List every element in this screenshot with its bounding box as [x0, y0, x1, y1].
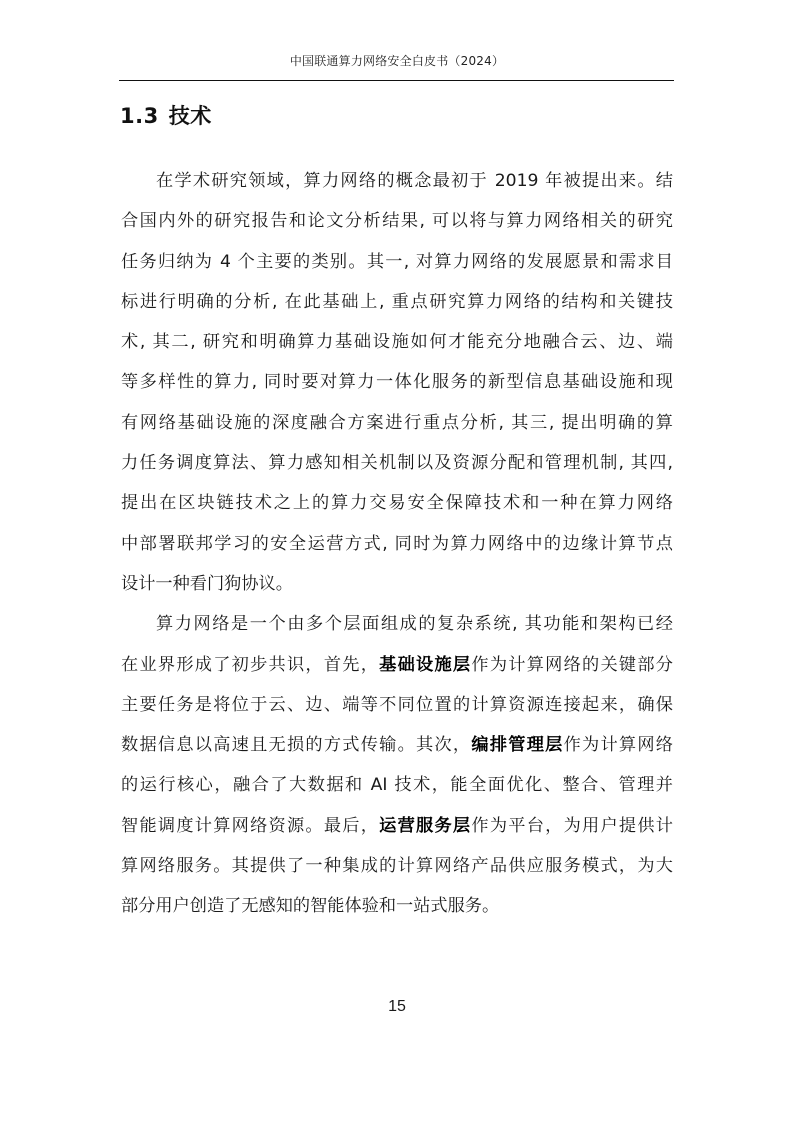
text-run: 数据信息以高速且无损的方式传输。其次， — [121, 735, 471, 755]
paragraph-2: 算力网络是一个由多个层面组成的复杂系统, 其功能和架构已经 在业界形成了初步共识… — [121, 604, 673, 926]
page-number: 15 — [121, 998, 673, 1016]
section-number: 1.3 — [120, 104, 159, 128]
text-line: 的运行核心，融合了大数据和 AI 技术，能全面优化、整合、管理并 — [121, 765, 673, 805]
text-line: 力任务调度算法、算力感知相关机制以及资源分配和管理机制, 其四, — [121, 443, 673, 483]
text-line: 等多样性的算力, 同时要对算力一体化服务的新型信息基础设施和现 — [121, 362, 673, 402]
text-line: 部分用户创造了无感知的智能体验和一站式服务。 — [121, 886, 673, 926]
text-line: 主要任务是将位于云、边、端等不同位置的计算资源连接起来，确保 — [121, 685, 673, 725]
text-line: 提出在区块链技术之上的算力交易安全保障技术和一种在算力网络 — [121, 483, 673, 523]
header-divider — [119, 80, 674, 81]
text-line: 有网络基础设施的深度融合方案进行重点分析, 其三, 提出明确的算 — [121, 403, 673, 443]
text-line: 中部署联邦学习的安全运营方式, 同时为算力网络中的边缘计算节点 — [121, 524, 673, 564]
text-line: 标进行明确的分析, 在此基础上, 重点研究算力网络的结构和关键技 — [121, 282, 673, 322]
text-line: 数据信息以高速且无损的方式传输。其次，编排管理层作为计算网络 — [121, 725, 673, 765]
text-line: 算网络服务。其提供了一种集成的计算网络产品供应服务模式，为大 — [121, 846, 673, 886]
key-term-infrastructure-layer: 基础设施层 — [379, 655, 471, 675]
text-line: 算力网络是一个由多个层面组成的复杂系统, 其功能和架构已经 — [121, 604, 673, 644]
text-run: 智能调度计算网络资源。最后， — [121, 816, 379, 836]
text-run: 在业界形成了初步共识，首先， — [121, 655, 379, 675]
text-line: 术, 其二, 研究和明确算力基础设施如何才能充分地融合云、边、端 — [121, 322, 673, 362]
text-line: 设计一种看门狗协议。 — [121, 564, 673, 604]
section-heading: 1.3技术 — [120, 100, 212, 130]
text-line: 任务归纳为 4 个主要的类别。其一, 对算力网络的发展愿景和需求目 — [121, 242, 673, 282]
text-line: 合国内外的研究报告和论文分析结果, 可以将与算力网络相关的研究 — [121, 201, 673, 241]
key-term-operation-service-layer: 运营服务层 — [379, 816, 471, 836]
body-text: 在学术研究领域，算力网络的概念最初于 2019 年被提出来。结 合国内外的研究报… — [121, 161, 673, 927]
text-line: 在学术研究领域，算力网络的概念最初于 2019 年被提出来。结 — [121, 161, 673, 201]
text-run: 作为计算网络的关键部分 — [471, 655, 673, 675]
text-run: 作为平台，为用户提供计 — [471, 816, 673, 836]
text-line: 在业界形成了初步共识，首先，基础设施层作为计算网络的关键部分 — [121, 645, 673, 685]
text-line: 智能调度计算网络资源。最后，运营服务层作为平台，为用户提供计 — [121, 806, 673, 846]
key-term-orchestration-layer: 编排管理层 — [471, 735, 563, 755]
paragraph-1: 在学术研究领域，算力网络的概念最初于 2019 年被提出来。结 合国内外的研究报… — [121, 161, 673, 604]
section-title-text: 技术 — [169, 104, 212, 128]
running-header: 中国联通算力网络安全白皮书（2024） — [121, 52, 673, 69]
text-run: 作为计算网络 — [564, 735, 673, 755]
